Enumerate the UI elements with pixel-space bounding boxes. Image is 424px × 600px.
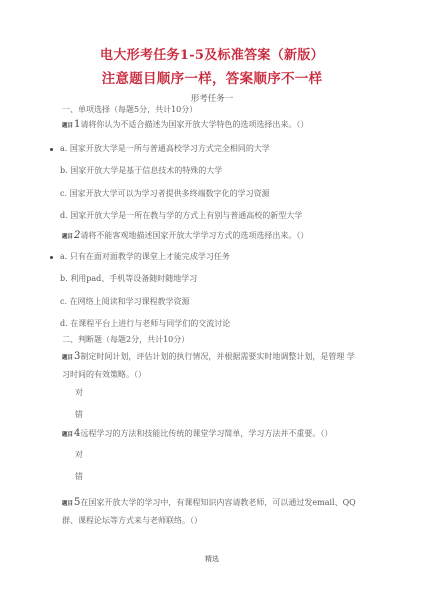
- question-label: 题目: [62, 432, 73, 438]
- selected-bullet-icon: [50, 256, 53, 259]
- question-5-continued: 群、课程论坛等方式来与老师联络。（）: [62, 516, 202, 526]
- question-text: 制定时间计划，评估计划的执行情况，并根据需要实时地调整计划，是管理 学: [80, 352, 355, 361]
- question-label: 题目: [62, 234, 73, 240]
- question-label: 题目: [62, 123, 73, 129]
- question-text: 请将不能客观地描述国家开放大学学习方式的选项选择出来。（）: [80, 231, 308, 240]
- option-4-true[interactable]: 对: [75, 450, 83, 460]
- option-2d[interactable]: d. 在课程平台上进行与老师与同学们的交流讨论: [60, 319, 230, 329]
- page-footer: 精选: [0, 554, 424, 564]
- question-text: 请将你认为不适合描述为国家开放大学特色的选项选择出来。（）: [80, 120, 308, 129]
- option-3-true[interactable]: 对: [75, 388, 83, 398]
- part1-heading: 一、单项选择（每题5分，共计10分）: [62, 105, 197, 115]
- document-title: 电大形考任务1-5及标准答案（新版）: [0, 44, 424, 63]
- question-1: 题目1请将你认为不适合描述为国家开放大学特色的选项选择出来。（）: [62, 120, 308, 131]
- question-label: 题目: [62, 355, 73, 361]
- question-text: 远程学习的方法和技能比传统的课堂学习简单，学习方法并不重要。（）: [80, 429, 332, 438]
- question-3: 题目3制定时间计划，评估计划的执行情况，并根据需要实时地调整计划，是管理 学: [62, 352, 355, 363]
- option-1b[interactable]: b. 国家开放大学是基于信息技术的特殊的大学: [60, 166, 222, 176]
- question-4: 题目4远程学习的方法和技能比传统的课堂学习简单，学习方法并不重要。（）: [62, 429, 332, 440]
- option-2b[interactable]: b. 利用pad、手机等设备随时随地学习: [60, 274, 197, 284]
- part2-heading: 二、判断题（每题2分，共计10分）: [62, 335, 189, 345]
- question-label: 题目: [62, 501, 73, 507]
- option-2c[interactable]: c. 在网络上阅读和学习课程教学资源: [60, 297, 190, 307]
- option-1a[interactable]: a. 国家开放大学是一所与普通高校学习方式完全相同的大学: [60, 144, 270, 154]
- question-5: 题目5在国家开放大学的学习中，有课程知识内容请教老师，可以通过发email、QQ: [62, 498, 356, 509]
- option-3-false[interactable]: 错: [75, 410, 83, 420]
- question-text: 在国家开放大学的学习中，有课程知识内容请教老师，可以通过发email、QQ: [80, 498, 355, 507]
- option-1c[interactable]: c. 国家开放大学可以为学习者提供多终端数字化的学习资源: [60, 189, 270, 199]
- question-2: 题目2请将不能客观地描述国家开放大学学习方式的选项选择出来。（）: [62, 231, 308, 242]
- option-1d[interactable]: d. 国家开放大学是一所在教与学的方式上有别与普通高校的新型大学: [60, 211, 302, 221]
- question-3-continued: 习时间的有效策略。（）: [62, 370, 146, 380]
- document-subtitle: 注意题目顺序一样，答案顺序不一样: [0, 67, 424, 87]
- section-heading: 形考任务一: [0, 92, 424, 104]
- selected-bullet-icon: [50, 148, 53, 151]
- option-4-false[interactable]: 错: [75, 472, 83, 482]
- option-2a[interactable]: a. 只有在面对面教学的课堂上才能完成学习任务: [60, 252, 230, 262]
